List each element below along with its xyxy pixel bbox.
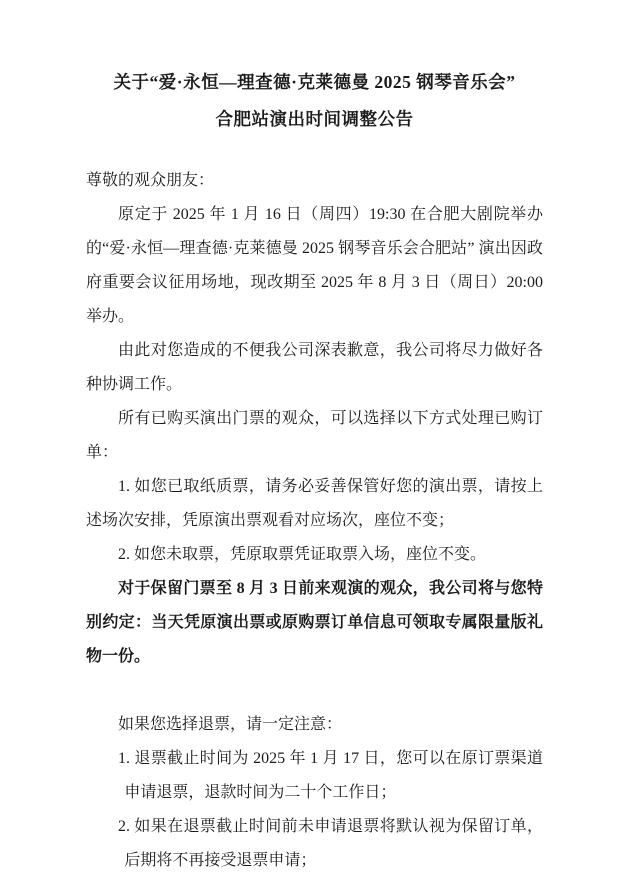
paragraph-date-change: 原定于 2025 年 1 月 16 日（周四）19:30 在合肥大剧院举办的“爱… bbox=[86, 198, 543, 334]
list-item-paper-ticket: 1. 如您已取纸质票，请务必妥善保管好您的演出票，请按上述场次安排，凭原演出票观… bbox=[86, 470, 543, 538]
refund-item-deadline: 1. 退票截止时间为 2025 年 1 月 17 日，您可以在原订票渠道申请退票… bbox=[86, 742, 543, 810]
paragraph-refund-intro: 如果您选择退票，请一定注意： bbox=[86, 708, 543, 742]
document-title-line-1: 关于“爱·永恒—理查德·克莱德曼 2025 钢琴音乐会” bbox=[86, 64, 543, 101]
paragraph-order-options-intro: 所有已购买演出门票的观众，可以选择以下方式处理已购订单： bbox=[86, 402, 543, 470]
announcement-document: 关于“爱·永恒—理查德·克莱德曼 2025 钢琴音乐会” 合肥站演出时间调整公告… bbox=[0, 0, 619, 890]
paragraph-gift-notice: 对于保留门票至 8 月 3 日前来观演的观众，我公司将与您特别约定：当天凭原演出… bbox=[86, 572, 543, 674]
document-title-line-2: 合肥站演出时间调整公告 bbox=[86, 101, 543, 138]
document-title: 关于“爱·永恒—理查德·克莱德曼 2025 钢琴音乐会” 合肥站演出时间调整公告 bbox=[86, 64, 543, 138]
list-item-unclaimed-ticket: 2. 如您未取票，凭原取票凭证取票入场，座位不变。 bbox=[86, 538, 543, 572]
refund-item-default-keep: 2. 如果在退票截止时间前未申请退票将默认视为保留订单，后期将不再接受退票申请； bbox=[86, 810, 543, 878]
paragraph-apology: 由此对您造成的不便我公司深表歉意，我公司将尽力做好各种协调工作。 bbox=[86, 334, 543, 402]
salutation: 尊敬的观众朋友： bbox=[86, 164, 543, 198]
